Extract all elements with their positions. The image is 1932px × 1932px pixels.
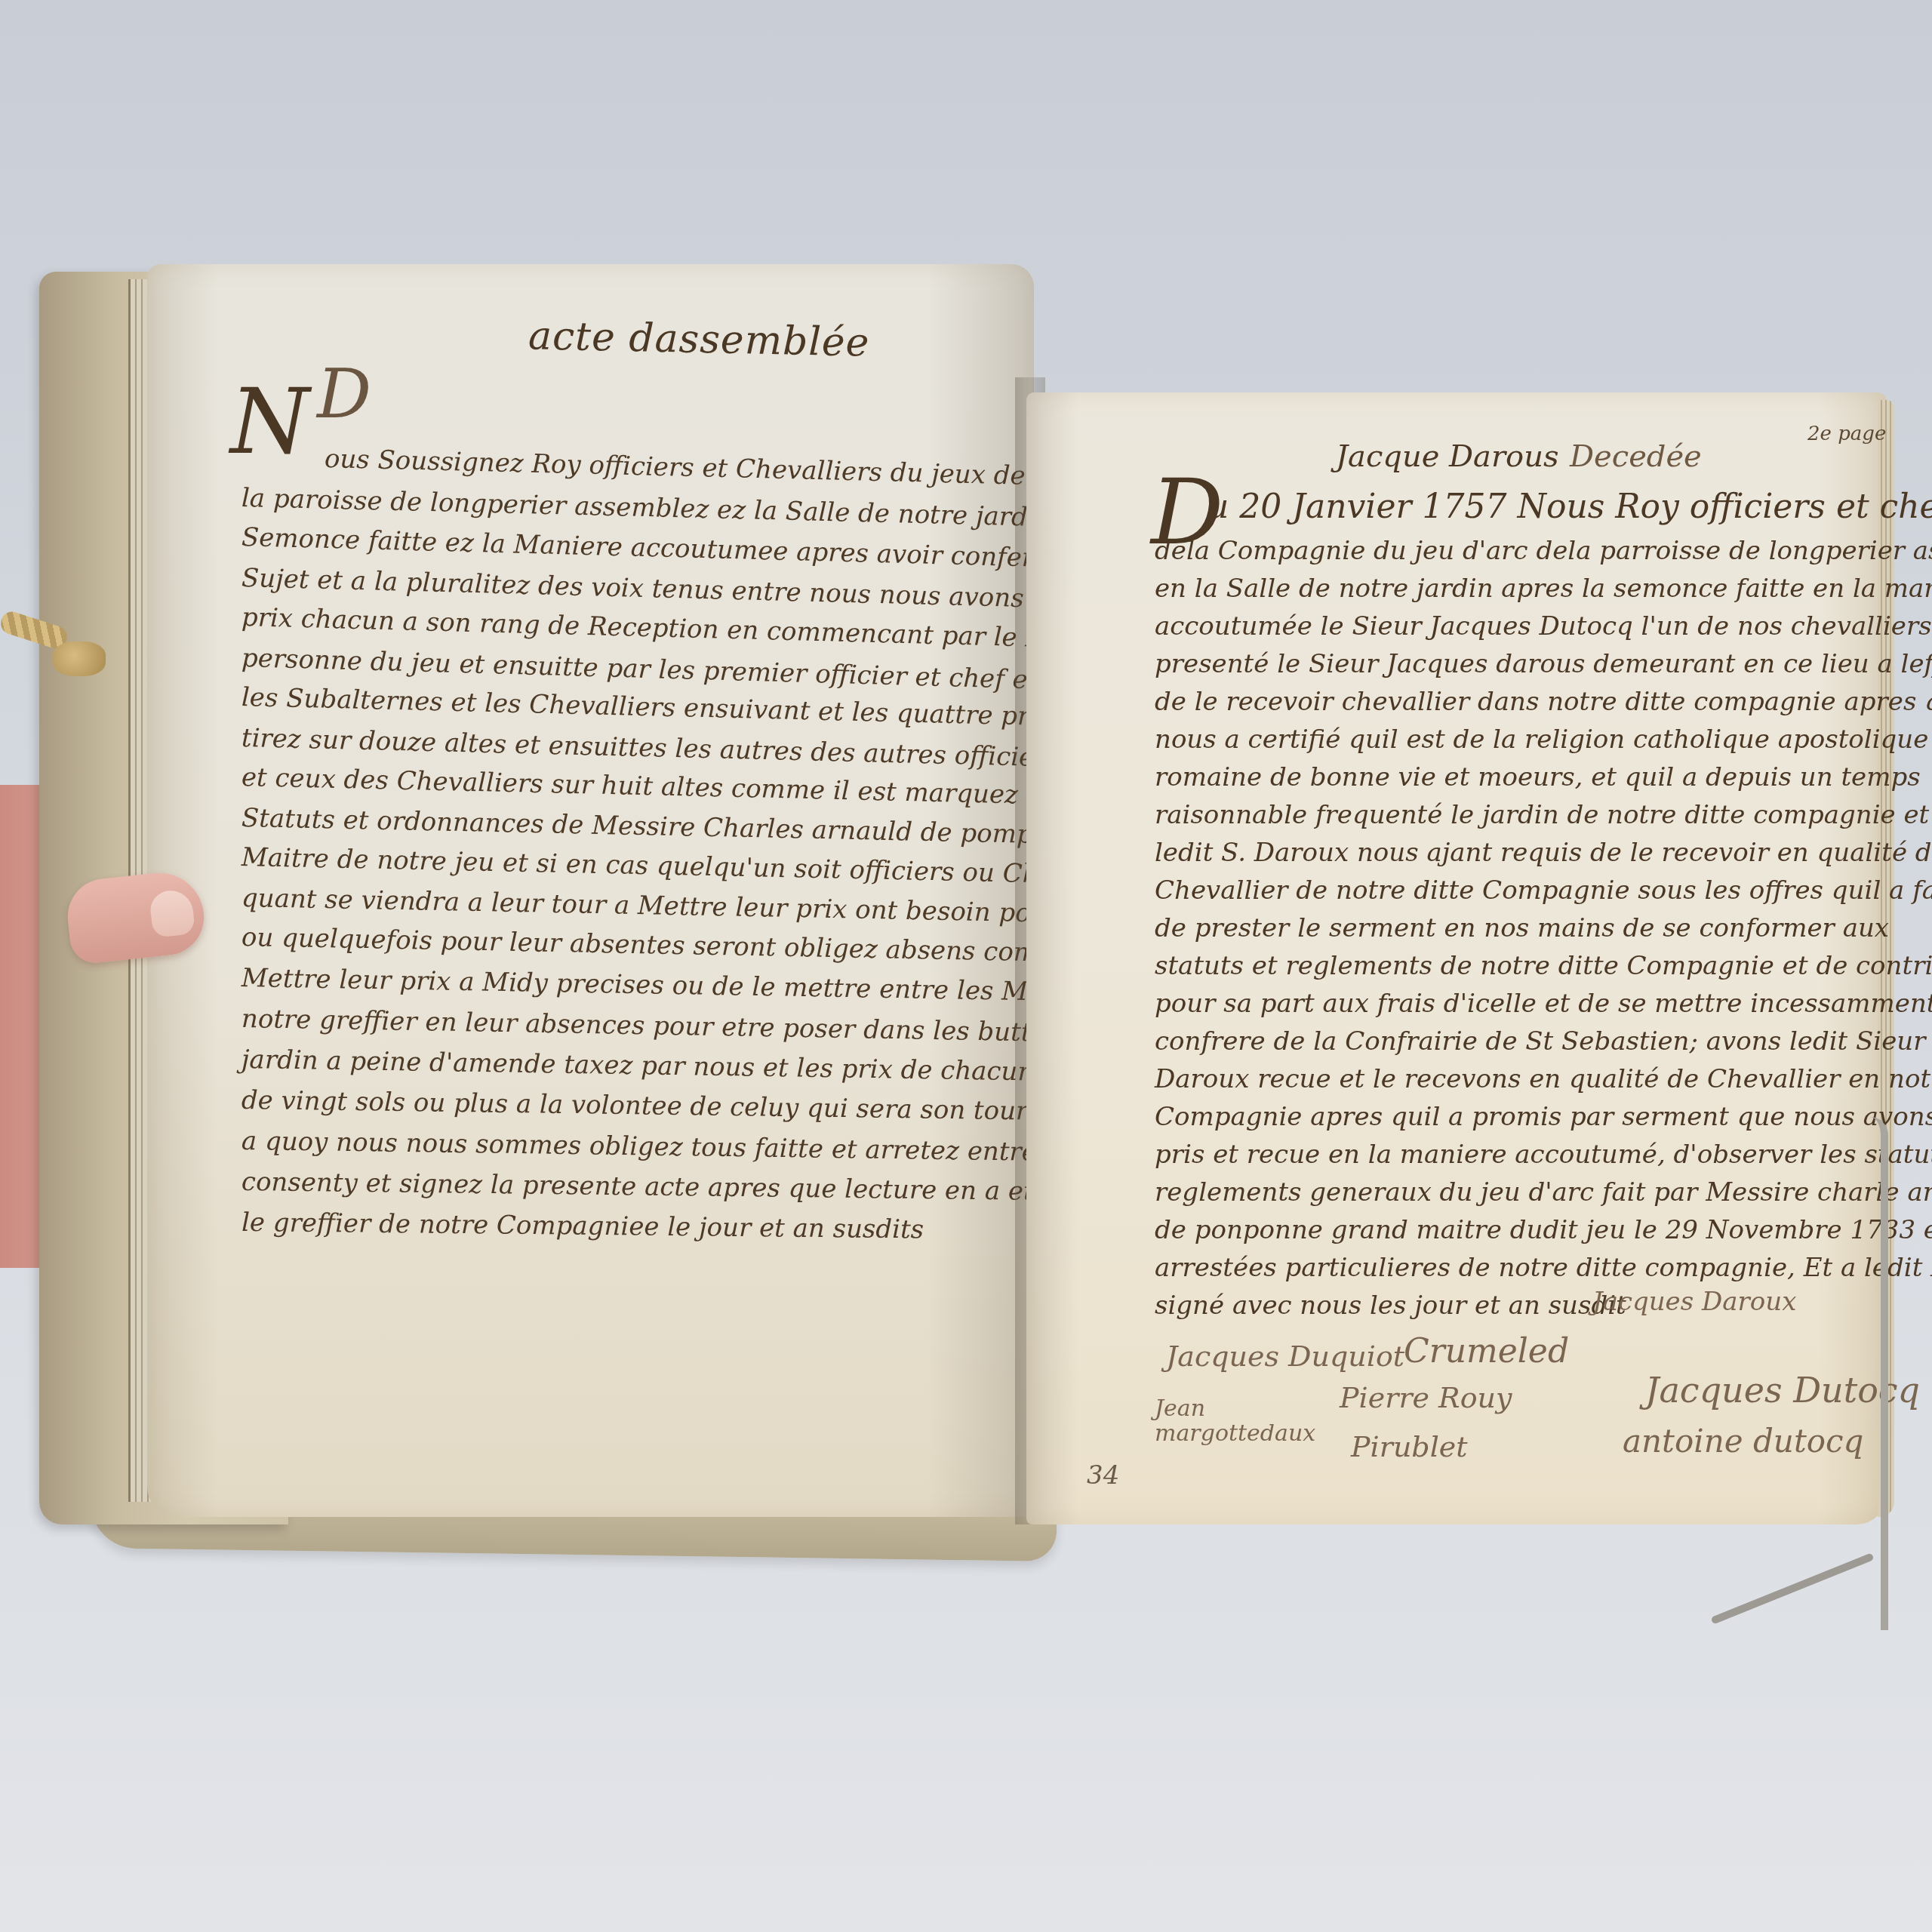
signature: Jacques Duquiot — [1166, 1340, 1404, 1373]
string-tie-right-icon — [1870, 1117, 1888, 1630]
folio-number: 34 — [1087, 1460, 1119, 1491]
text-line: statuts et reglements de notre ditte Com… — [1155, 951, 1932, 981]
left-page-initial: N — [230, 377, 309, 468]
text-line: de ponponne grand maitre dudit jeu le 29… — [1155, 1215, 1932, 1245]
signature: Jean margottedaux — [1155, 1396, 1321, 1446]
text-line: presenté le Sieur Jacques darous demeura… — [1155, 649, 1932, 679]
text-line: dela Compagnie du jeu d'arc dela parrois… — [1155, 536, 1932, 566]
right-page-corner-note: 2e page — [1807, 423, 1886, 445]
left-page-initial-flourish: D — [317, 355, 371, 434]
signature: Jacques Daroux — [1592, 1287, 1796, 1317]
text-line: Chevallier de notre ditte Compagnie sous… — [1155, 875, 1932, 906]
text-line: ledit S. Daroux nous ajant requis de le … — [1155, 838, 1932, 868]
text-line: pour sa part aux frais d'icelle et de se… — [1155, 989, 1932, 1019]
string-knot-icon — [53, 641, 106, 676]
text-line: en la Salle de notre jardin apres la sem… — [1155, 574, 1932, 604]
signature: Crumeled — [1404, 1332, 1569, 1371]
text-line: raisonnable frequenté le jardin de notre… — [1155, 800, 1929, 830]
text-line: reglements generaux du jeu d'arc fait pa… — [1155, 1177, 1932, 1207]
text-line: romaine de bonne vie et moeurs, et quil … — [1155, 762, 1921, 792]
string-tie-end-icon — [1711, 1552, 1875, 1624]
text-line: Daroux recue et le recevons en qualité d… — [1155, 1064, 1932, 1094]
right-page-heading-status: Decedée — [1570, 439, 1702, 474]
text-line: arrestées particulieres de notre ditte c… — [1155, 1253, 1932, 1283]
signature: antoine dutocq — [1623, 1423, 1863, 1460]
signature: Pierre Rouy — [1340, 1381, 1512, 1414]
text-line: u 20 Janvier 1757 Nous Roy officiers et … — [1207, 488, 1932, 526]
left-page-title: acte dassemblée — [528, 313, 870, 365]
text-line: nous a certifié quil est de la religion … — [1155, 724, 1932, 755]
text-line: accoutumée le Sieur Jacques Dutocq l'un … — [1155, 611, 1932, 641]
text-line: confrere de la Confrairie de St Sebastie… — [1155, 1026, 1925, 1057]
text-line: signé avec nous les jour et an susdit — [1155, 1291, 1626, 1321]
open-manuscript-book: acte dassemblée N D ous Soussignez Roy o… — [0, 0, 1932, 1932]
text-line: pris et recue en la maniere accoutumé, d… — [1155, 1140, 1932, 1170]
right-page-heading-name: Jacque Darous — [1336, 439, 1558, 474]
signature: Pirublet — [1351, 1430, 1468, 1463]
text-line: de le recevoir chevallier dans notre dit… — [1155, 687, 1932, 717]
text-line: de prester le serment en nos mains de se… — [1155, 913, 1889, 943]
text-line: Compagnie apres quil a promis par sermen… — [1155, 1102, 1932, 1132]
